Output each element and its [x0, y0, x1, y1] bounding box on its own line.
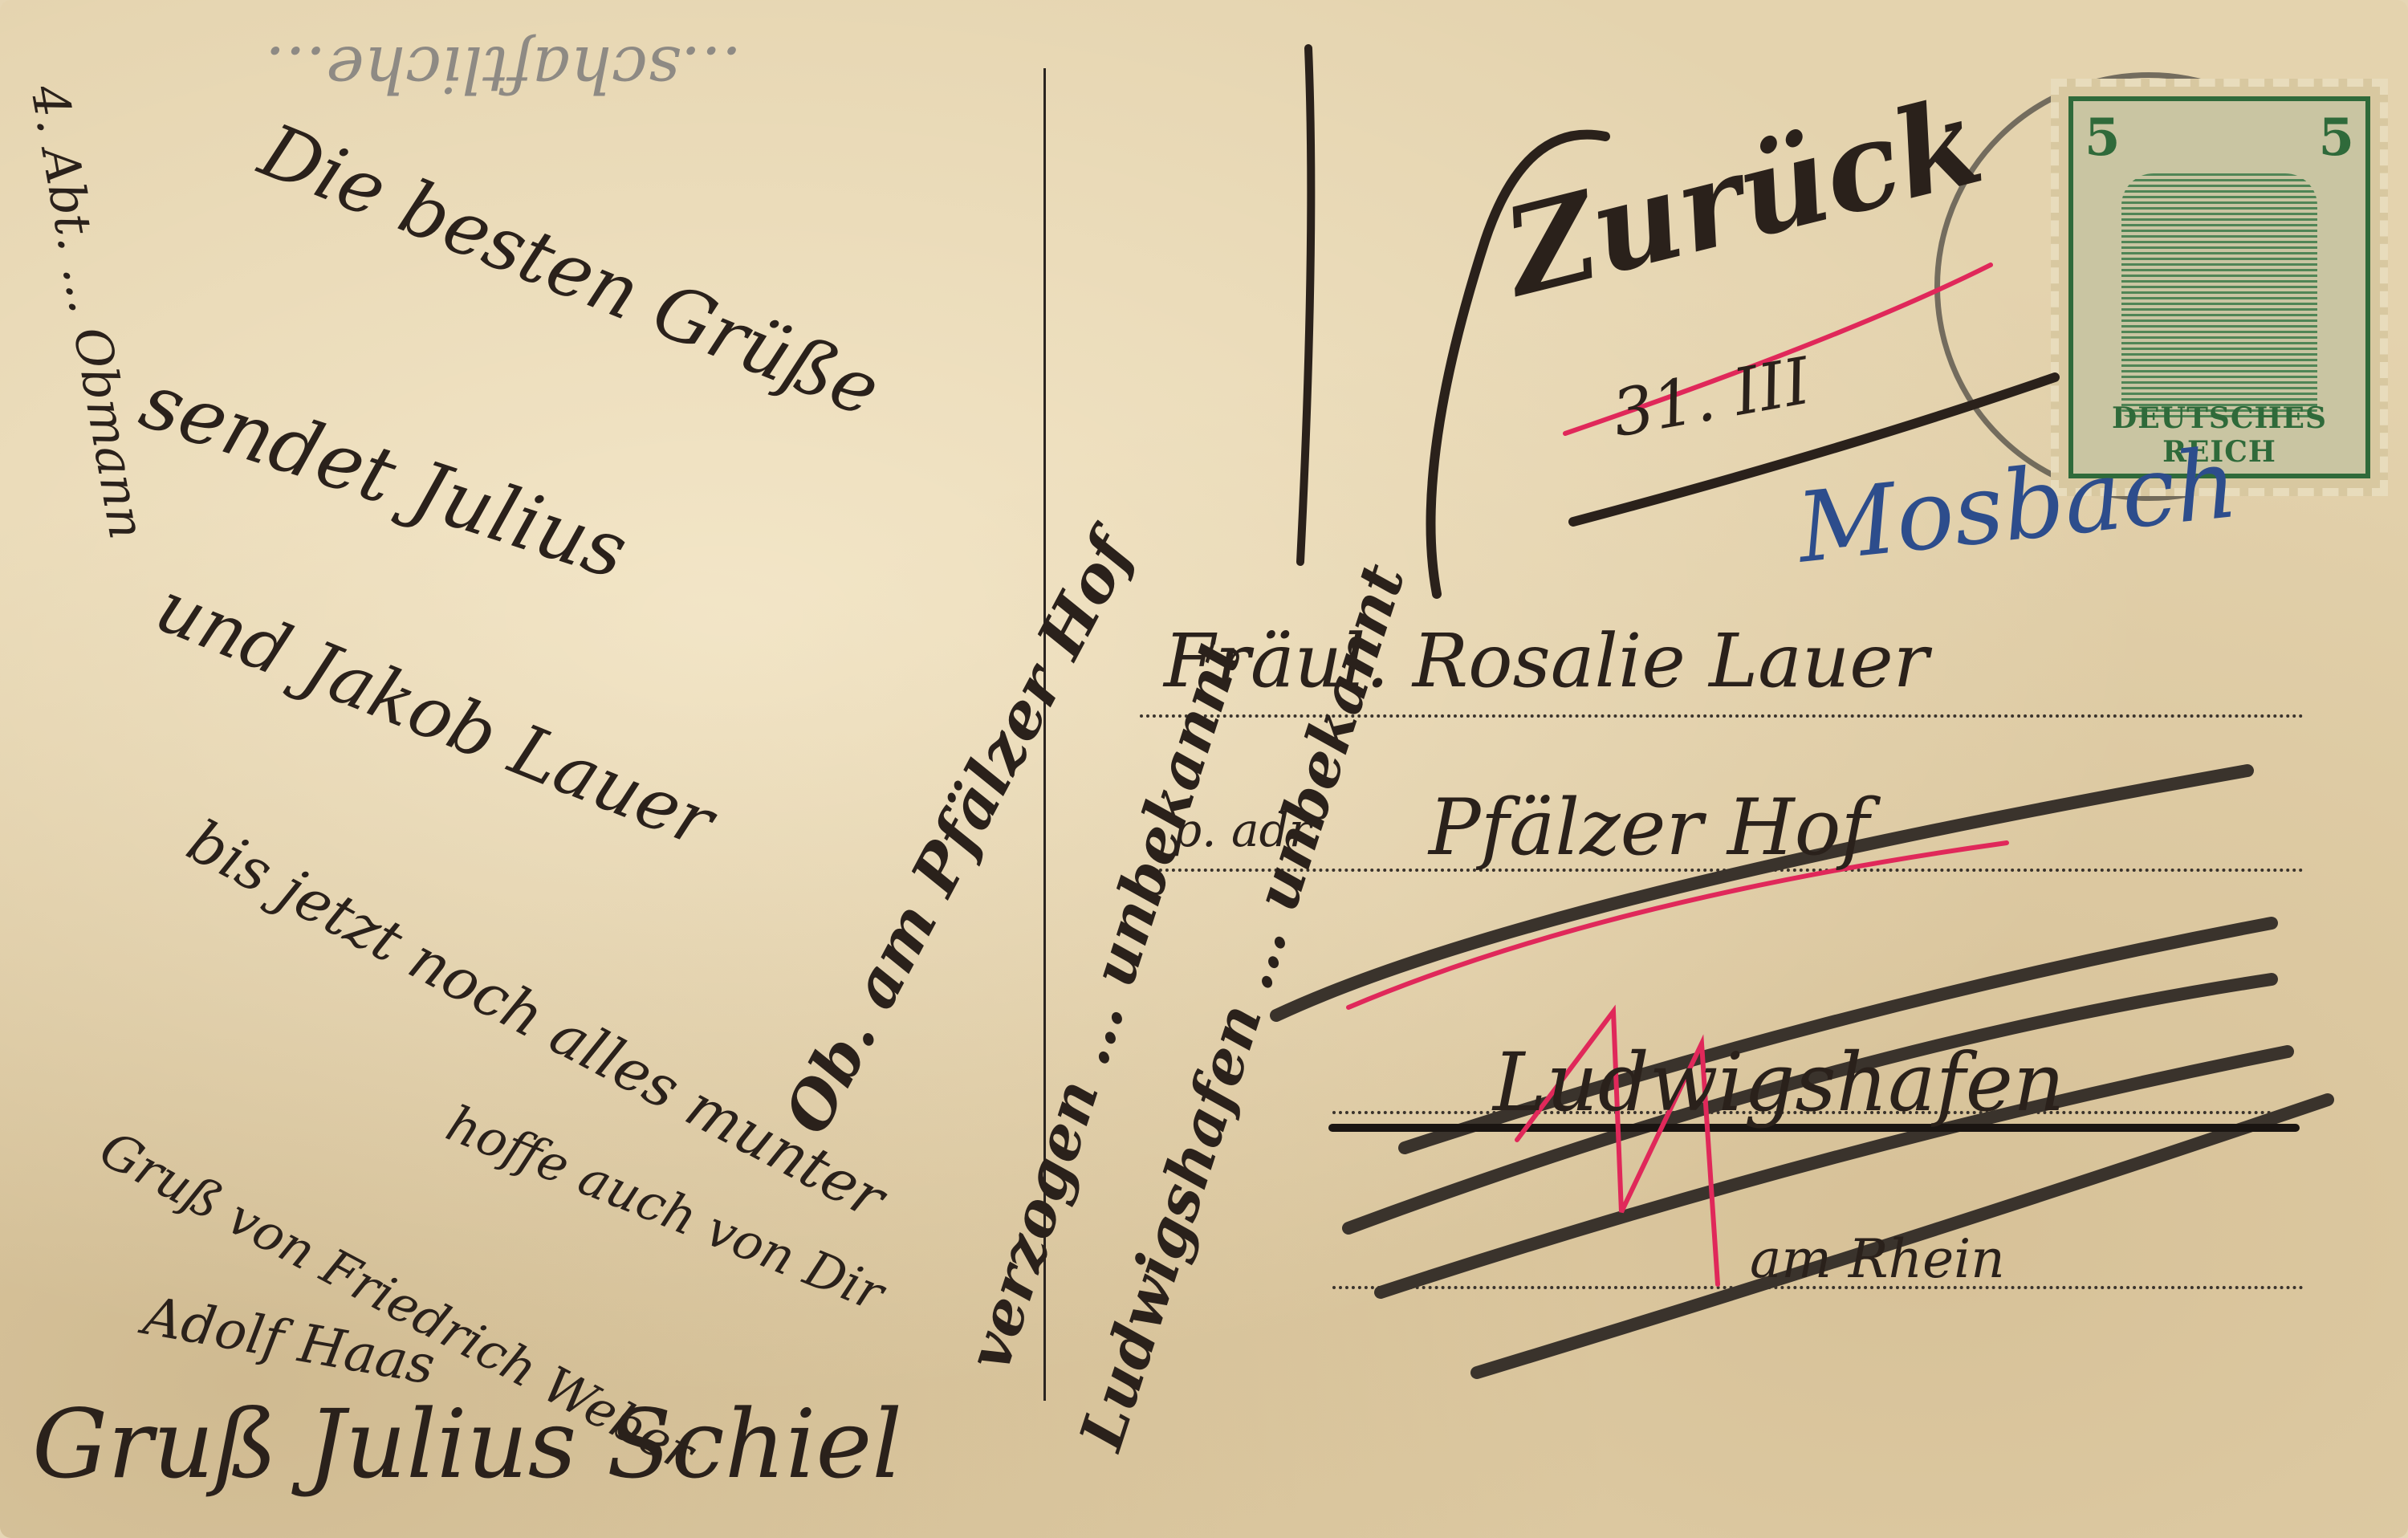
recipient-name: Fräul. Rosalie Lauer — [1164, 618, 1929, 704]
postcard: 5 5 DEUTSCHES REICH Zurück 31. III Mosba… — [0, 0, 2408, 1538]
address-street: Pfälzer Hof — [1429, 783, 1869, 873]
address-region: am Rhein — [1750, 1228, 2005, 1290]
address-city: Ludwigshafen — [1493, 1036, 2064, 1129]
pencil-upside-down-note: ...schaftliche... — [265, 32, 742, 107]
signature: Gruß Julius Schiel — [32, 1389, 902, 1499]
